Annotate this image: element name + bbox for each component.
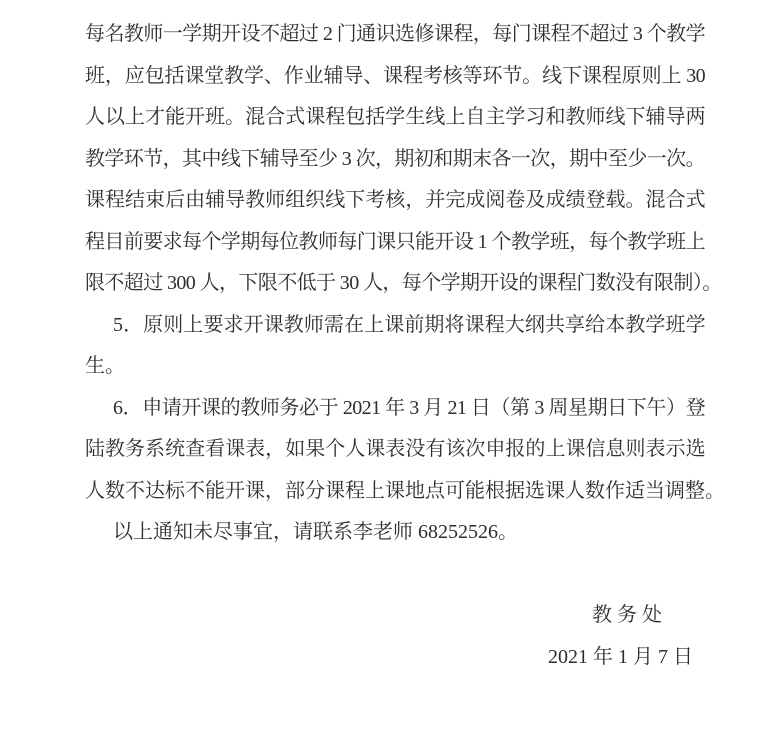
body-line-2: 班，应包括课堂教学、作业辅导、课程考核等环节。线下课程原则上 30 (85, 56, 705, 98)
body-line-5: 课程结束后由辅导教师组织线下考核，并完成阅卷及成绩登载。混合式课 (85, 180, 705, 222)
notice-document-page: 每名教师一学期开设不超过 2 门通识选修课程，每门课程不超过 3 个教学 班，应… (0, 0, 773, 753)
body-line-4: 教学环节，其中线下辅导至少 3 次，期初和期末各一次，期中至少一次。 (85, 139, 705, 181)
body-line-9: 生。 (85, 346, 705, 388)
body-line-1: 每名教师一学期开设不超过 2 门通识选修课程，每门课程不超过 3 个教学 (85, 14, 705, 56)
body-line-11: 陆教务系统查看课表，如果个人课表没有该次申报的上课信息则表示选课 (85, 429, 705, 471)
body-line-10: 6．申请开课的教师务必于 2021 年 3 月 21 日（第 3 周星期日下午）… (85, 388, 705, 430)
body-line-8: 5．原则上要求开课教师需在上课前期将课程大纲共享给本教学班学 (85, 305, 705, 347)
body-line-12: 人数不达标不能开课，部分课程上课地点可能根据选课人数作适当调整。 (85, 471, 705, 513)
signature-office: 教 务 处 (85, 595, 705, 637)
document-body: 每名教师一学期开设不超过 2 门通识选修课程，每门课程不超过 3 个教学 班，应… (0, 0, 773, 678)
body-line-13: 以上通知未尽事宜，请联系李老师 68252526。 (85, 512, 705, 554)
body-line-6: 程目前要求每个学期每位教师每门课只能开设 1 个教学班，每个教学班上 (85, 222, 705, 264)
body-line-3: 人以上才能开班。混合式课程包括学生线上自主学习和教师线下辅导两个 (85, 97, 705, 139)
body-line-7: 限不超过 300 人，下限不低于 30 人，每个学期开设的课程门数没有限制）。 (85, 263, 705, 305)
signature-date: 2021 年 1 月 7 日 (85, 637, 705, 679)
spacer-line (85, 554, 705, 596)
